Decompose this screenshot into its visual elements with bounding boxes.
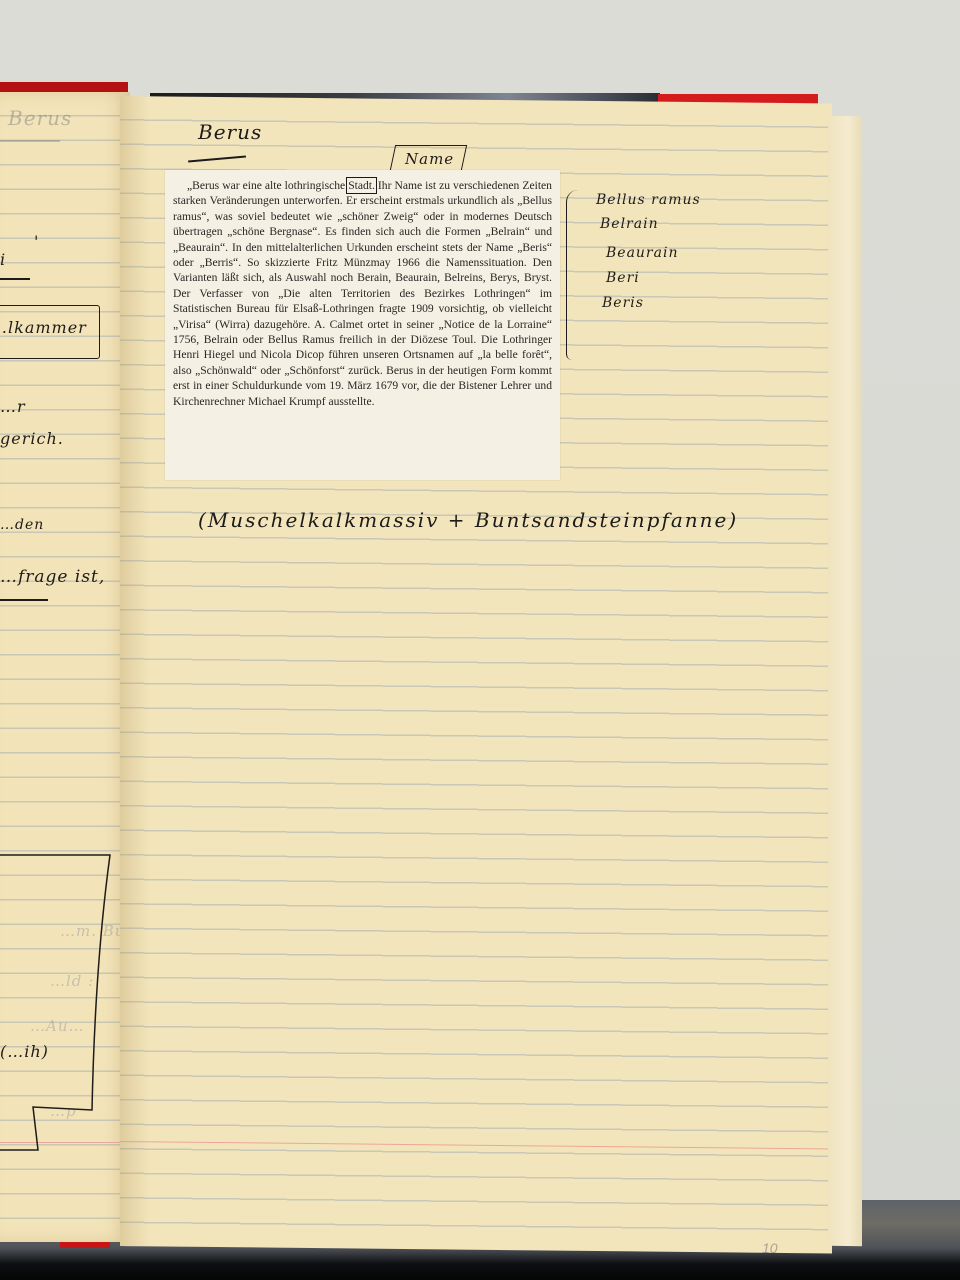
margin-note-2: Belrain <box>600 216 659 232</box>
pasted-text-clipping: „Berus war eine alte lothringische Stadt… <box>165 170 560 480</box>
margin-note-5: Beris <box>602 295 644 311</box>
clipping-text-start: „Berus war eine alte lothringische <box>187 179 348 192</box>
right-margin-line <box>120 1141 832 1149</box>
left-fragment-frage: …frage ist, <box>0 567 105 587</box>
handwritten-heading: Berus <box>198 120 262 144</box>
margin-note-3: Beaurain <box>606 245 678 261</box>
margin-note-4: Beri <box>606 270 640 286</box>
left-underline-1 <box>0 278 30 280</box>
left-fragment-gerich: gerich. <box>0 429 64 448</box>
clipping-paragraph: „Berus war eine alte lothringische Stadt… <box>173 178 552 409</box>
clipping-text-rest: Ihr Name ist zu verschiedenen Zeiten sta… <box>173 179 552 408</box>
left-page-faint-heading: Berus <box>8 106 72 130</box>
page-block-edge <box>828 116 862 1247</box>
boxed-word-stadt: Stadt. <box>348 179 375 192</box>
faint-underline <box>0 140 60 142</box>
left-boxed-note: …lkammer <box>0 305 100 359</box>
page-number: 10 <box>762 1240 778 1256</box>
left-fragment-i: i <box>0 250 6 269</box>
left-drawn-outline <box>0 845 120 1155</box>
handwritten-name-label: Name <box>405 150 454 168</box>
left-fragment-den: …den <box>0 517 44 533</box>
left-fragment-r: …r <box>0 397 26 416</box>
margin-note-1: Bellus ramus <box>596 192 701 208</box>
handwritten-geology-note: (Muschelkalkmassiv + Buntsandsteinpfanne… <box>198 508 738 532</box>
left-underline-2 <box>0 599 48 601</box>
margin-bracket <box>566 190 581 360</box>
left-fragment-boxed: …lkammer <box>0 318 87 337</box>
left-fragment-apostrophe: ' <box>34 232 39 251</box>
